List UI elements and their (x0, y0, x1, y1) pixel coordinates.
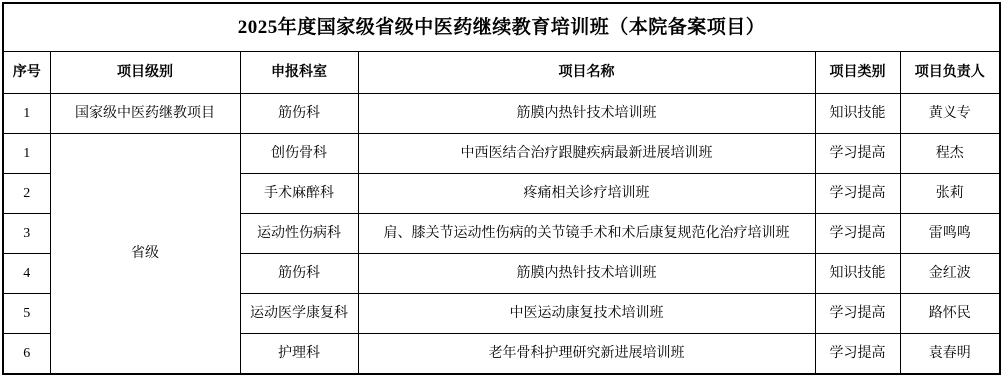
header-category: 项目类别 (815, 52, 900, 94)
cell-dept: 手术麻醉科 (240, 174, 358, 214)
cell-seq: 1 (3, 94, 50, 134)
cell-dept: 筋伤科 (240, 254, 358, 294)
cell-name: 筋膜内热针技术培训班 (358, 94, 815, 134)
cell-seq: 3 (3, 214, 50, 254)
cell-seq: 2 (3, 174, 50, 214)
cell-level-merged: 省级 (50, 134, 240, 375)
table-row: 1 国家级中医药继教项目 筋伤科 筋膜内热针技术培训班 知识技能 黄义专 (3, 94, 1000, 134)
cell-seq: 4 (3, 254, 50, 294)
cell-seq: 5 (3, 294, 50, 334)
cell-category: 知识技能 (815, 94, 900, 134)
header-person: 项目负责人 (900, 52, 1000, 94)
cell-person: 路怀民 (900, 294, 1000, 334)
cell-person: 程杰 (900, 134, 1000, 174)
cell-category: 学习提高 (815, 174, 900, 214)
cell-category: 学习提高 (815, 214, 900, 254)
cell-name: 肩、膝关节运动性伤病的关节镜手术和术后康复规范化治疗培训班 (358, 214, 815, 254)
header-dept: 申报科室 (240, 52, 358, 94)
cell-dept: 运动医学康复科 (240, 294, 358, 334)
cell-seq: 6 (3, 334, 50, 375)
table-row: 1 省级 创伤骨科 中西医结合治疗跟腱疾病最新进展培训班 学习提高 程杰 (3, 134, 1000, 174)
document-page: 2025年度国家级省级中医药继续教育培训班（本院备案项目） 序号 项目级别 申报… (0, 0, 1002, 378)
cell-person: 袁春明 (900, 334, 1000, 375)
cell-dept: 运动性伤病科 (240, 214, 358, 254)
header-level: 项目级别 (50, 52, 240, 94)
table-header-row: 序号 项目级别 申报科室 项目名称 项目类别 项目负责人 (3, 52, 1000, 94)
cell-name: 中医运动康复技术培训班 (358, 294, 815, 334)
cell-person: 雷鸣鸣 (900, 214, 1000, 254)
cell-name: 老年骨科护理研究新进展培训班 (358, 334, 815, 375)
cell-name: 筋膜内热针技术培训班 (358, 254, 815, 294)
cell-category: 学习提高 (815, 134, 900, 174)
cell-dept: 护理科 (240, 334, 358, 375)
header-name: 项目名称 (358, 52, 815, 94)
cell-name: 疼痛相关诊疗培训班 (358, 174, 815, 214)
cell-person: 张莉 (900, 174, 1000, 214)
training-program-table: 2025年度国家级省级中医药继续教育培训班（本院备案项目） 序号 项目级别 申报… (2, 2, 1001, 375)
cell-level: 国家级中医药继教项目 (50, 94, 240, 134)
cell-person: 金红波 (900, 254, 1000, 294)
cell-person: 黄义专 (900, 94, 1000, 134)
table-title-row: 2025年度国家级省级中医药继续教育培训班（本院备案项目） (3, 3, 1000, 52)
header-seq: 序号 (3, 52, 50, 94)
cell-dept: 创伤骨科 (240, 134, 358, 174)
cell-category: 知识技能 (815, 254, 900, 294)
cell-category: 学习提高 (815, 334, 900, 375)
cell-dept: 筋伤科 (240, 94, 358, 134)
cell-name: 中西医结合治疗跟腱疾病最新进展培训班 (358, 134, 815, 174)
cell-category: 学习提高 (815, 294, 900, 334)
cell-seq: 1 (3, 134, 50, 174)
page-title: 2025年度国家级省级中医药继续教育培训班（本院备案项目） (3, 3, 1000, 52)
